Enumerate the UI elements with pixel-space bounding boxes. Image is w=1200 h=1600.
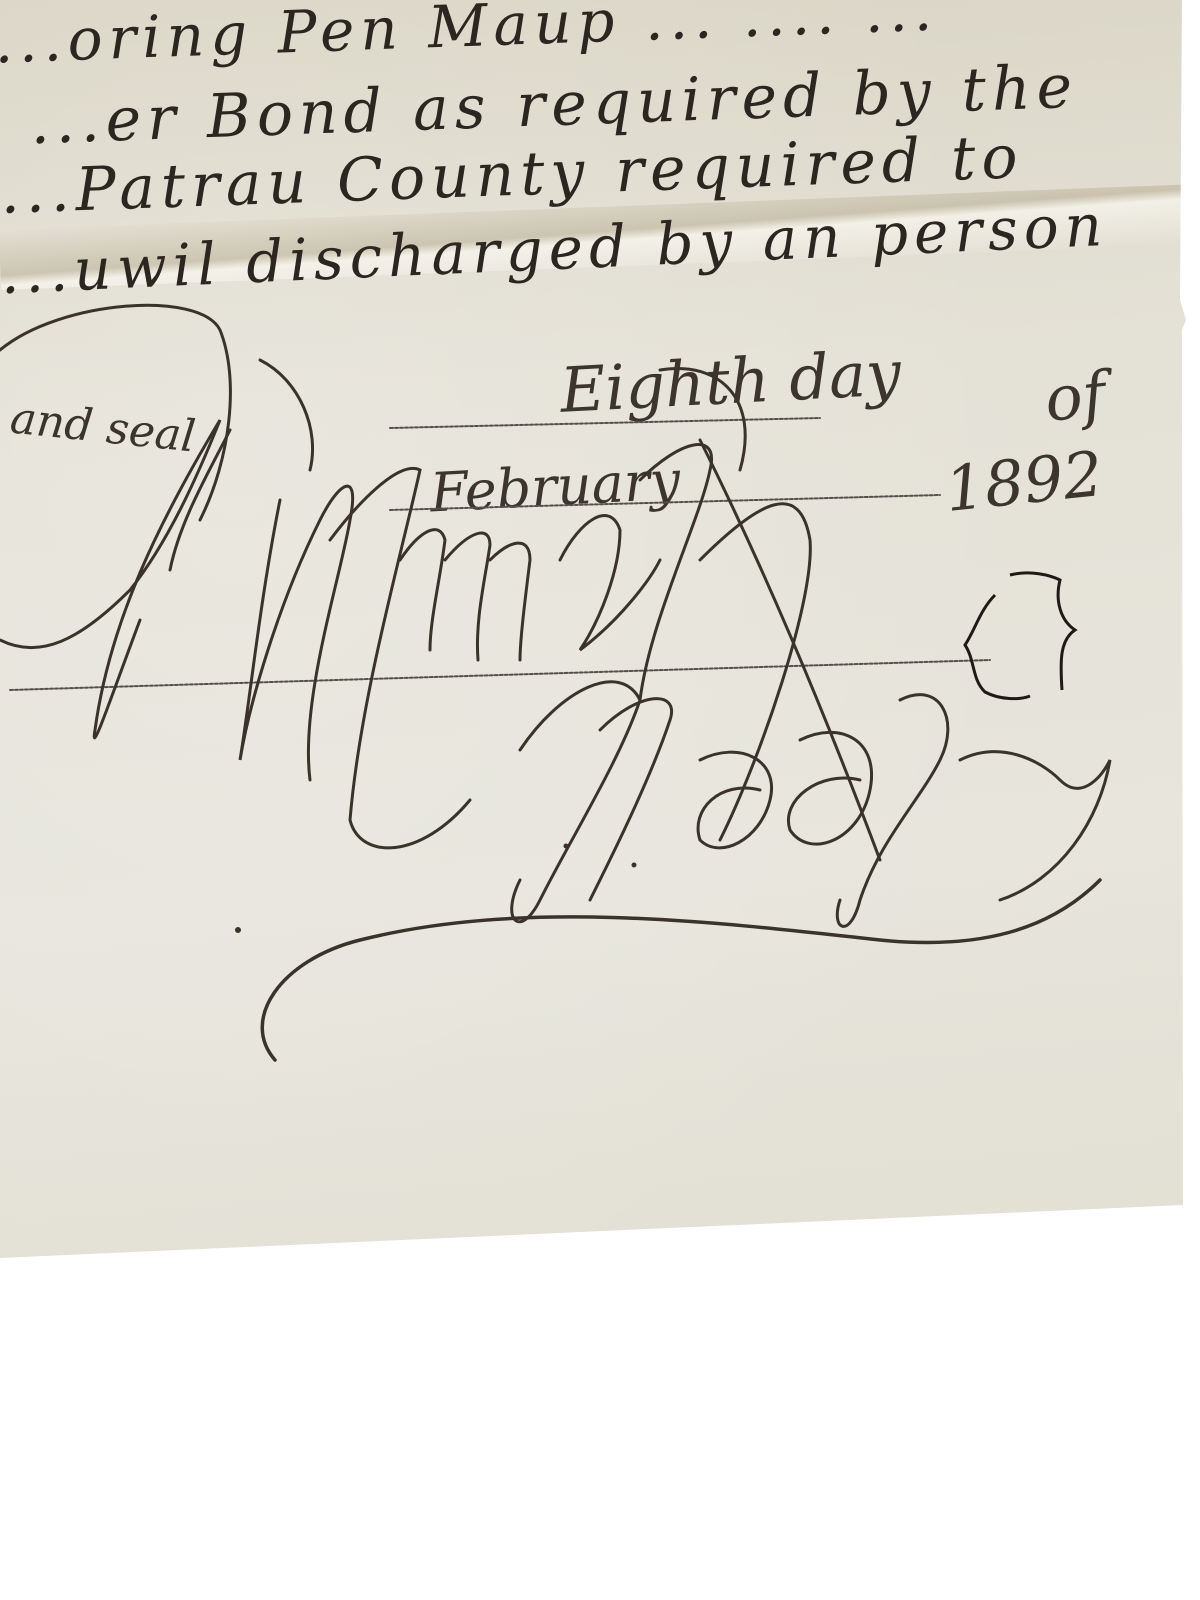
seal-oval-stroke [0,305,230,520]
signature-flourishes [0,0,1200,1300]
paper-sheet: ...oring Pen Maup ... .... ... ...er Bon… [0,0,1200,1600]
